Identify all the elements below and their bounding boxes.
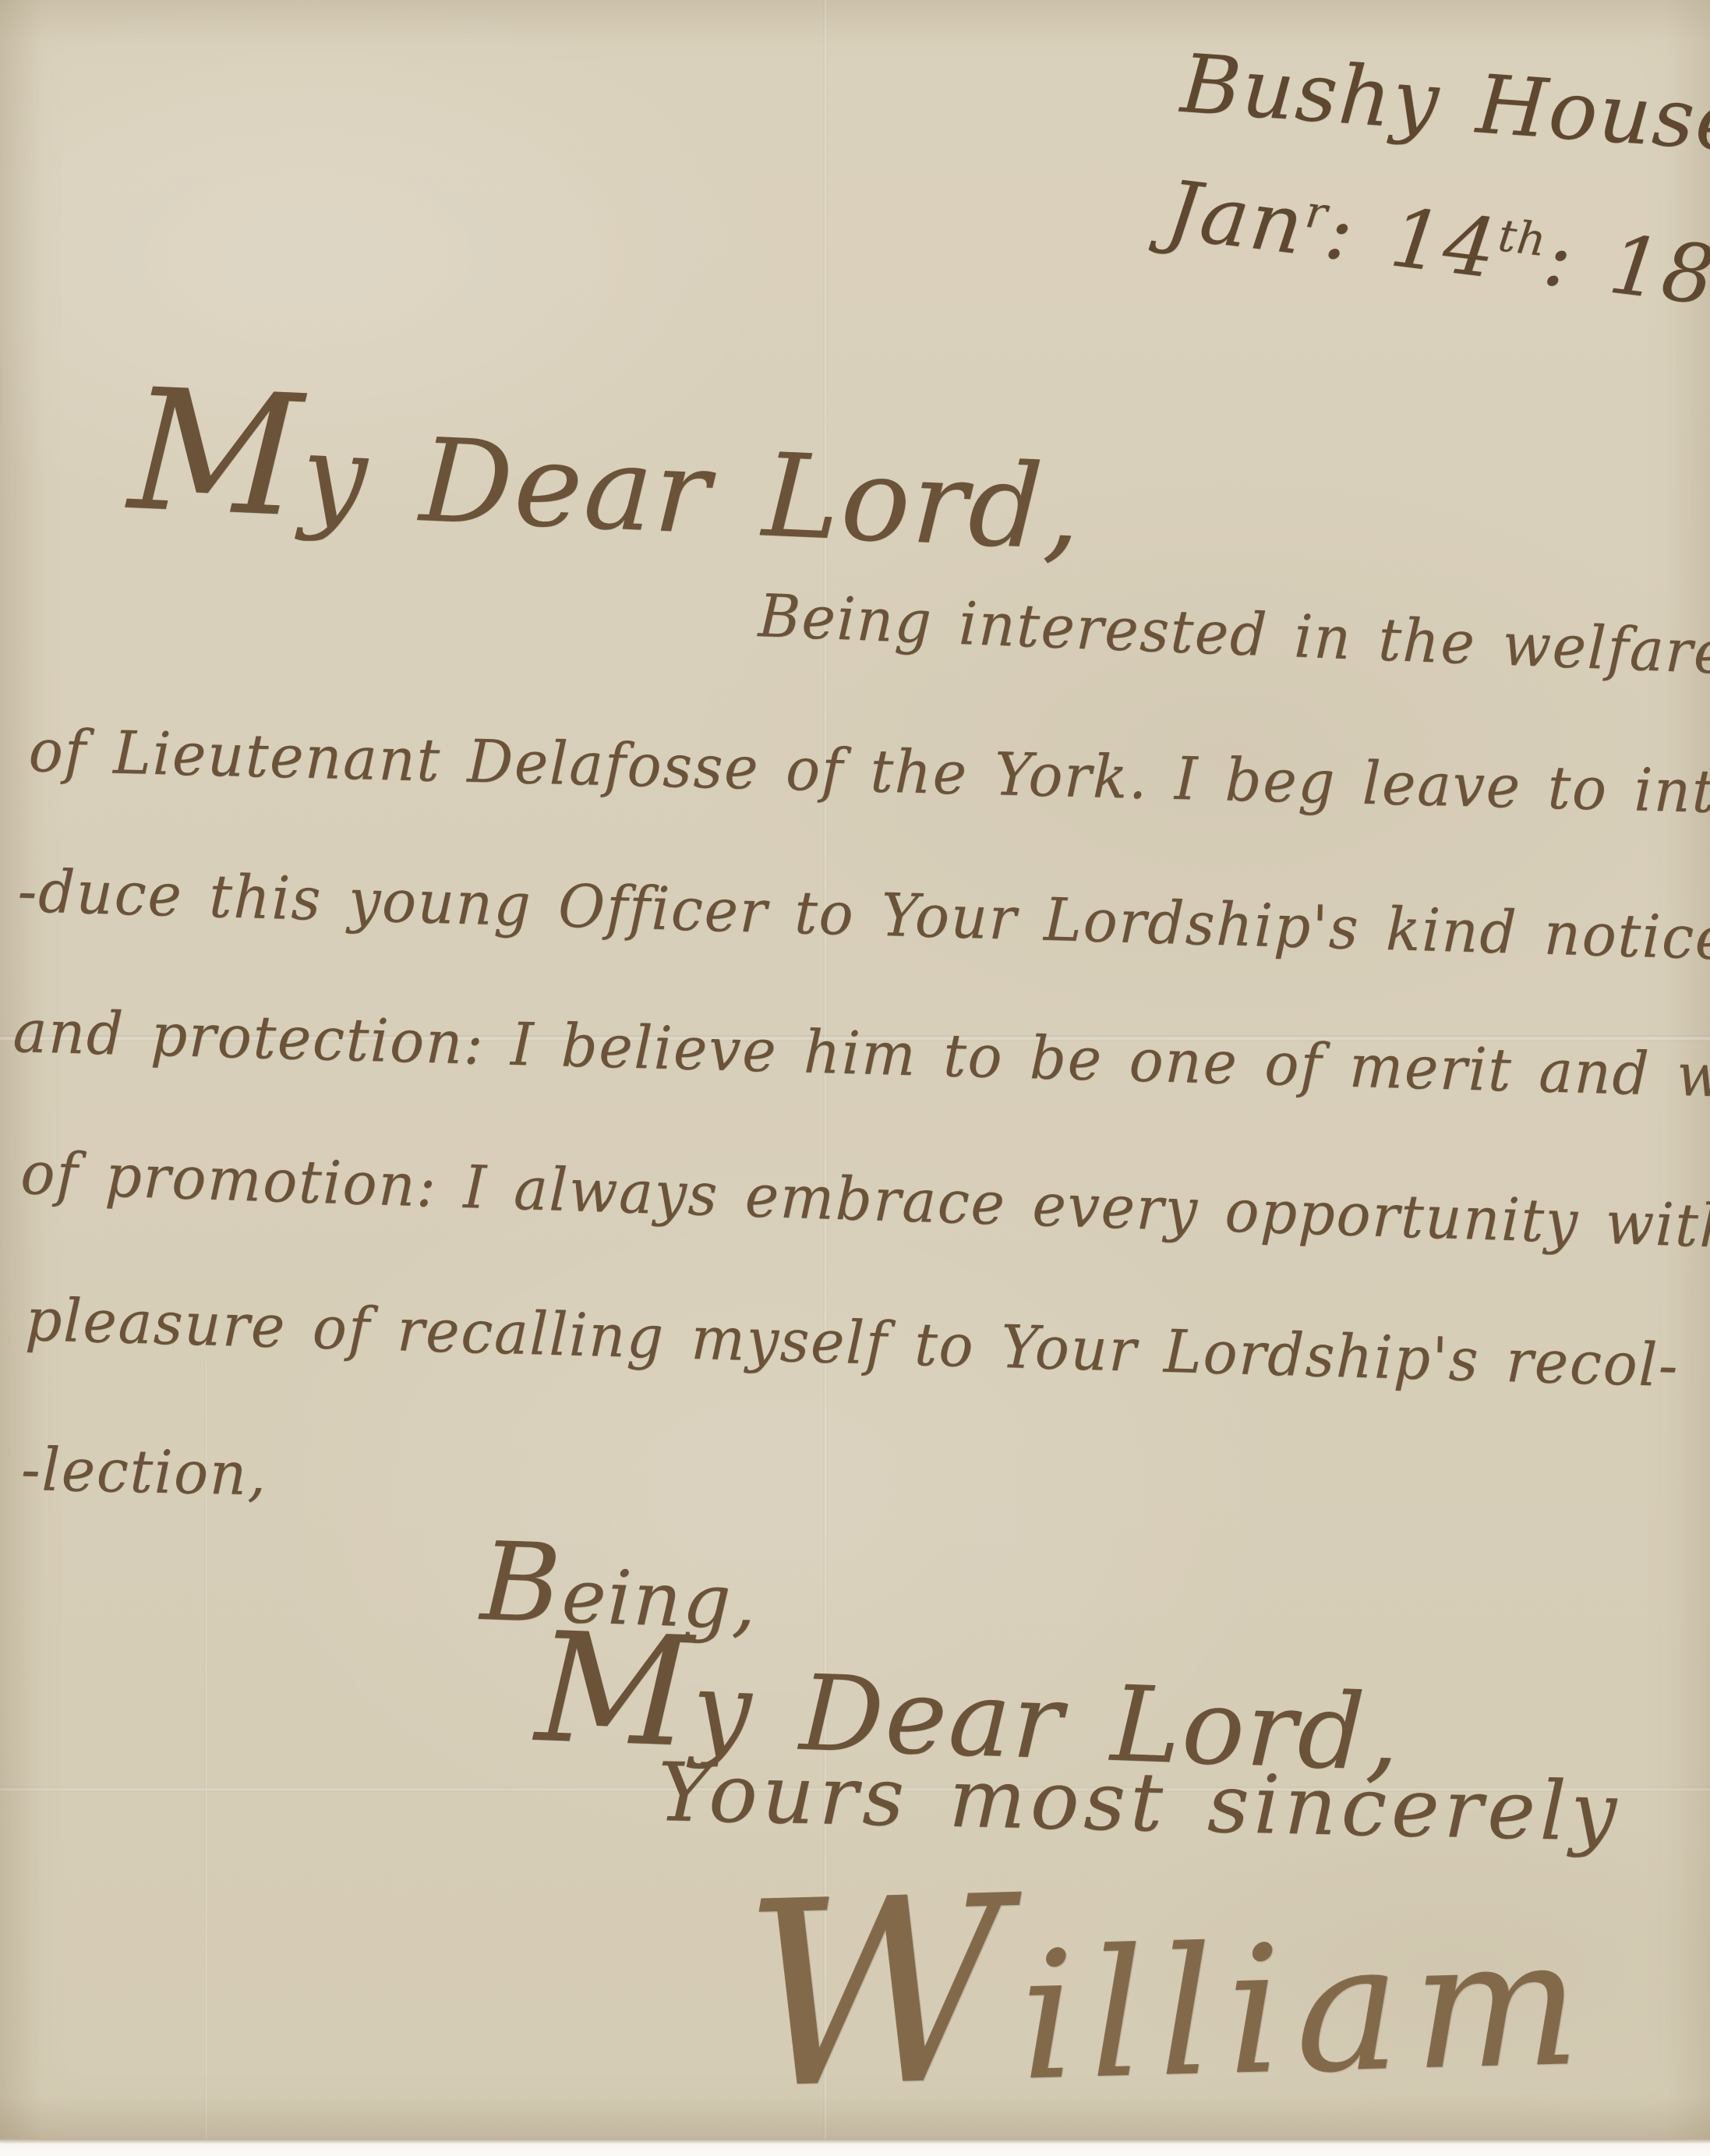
- body-line: of Lieutenant Delafosse of the York. I b…: [28, 716, 1710, 829]
- body-line: -lection,: [20, 1434, 268, 1509]
- body-line: -duce this young Officer to Your Lordshi…: [17, 856, 1710, 973]
- date-day: : 14: [1320, 182, 1503, 297]
- letter-heading-date: Janr: 14th: 1809.: [1161, 162, 1710, 340]
- body-line: Being interested in the welfare: [758, 581, 1710, 687]
- body-line: of promotion: I always embrace every opp…: [19, 1138, 1710, 1261]
- scanner-background-strip: [0, 2139, 1710, 2156]
- body-line: pleasure of recalling myself to Your Lor…: [25, 1285, 1680, 1400]
- salutation: My Dear Lord,: [125, 352, 1087, 588]
- letter-heading-place: Bushy House.: [1178, 36, 1710, 172]
- date-year: : 1809.: [1539, 208, 1710, 340]
- letter-scan: Bushy House. Janr: 14th: 1809. My Dear L…: [0, 0, 1710, 2156]
- signature: William: [740, 1827, 1595, 2146]
- paper-sheet: Bushy House. Janr: 14th: 1809. My Dear L…: [0, 0, 1710, 2139]
- body-line: and protection: I believe him to be one …: [12, 996, 1710, 1115]
- date-day-superscript: th: [1496, 210, 1549, 267]
- date-month: Jan: [1161, 162, 1309, 274]
